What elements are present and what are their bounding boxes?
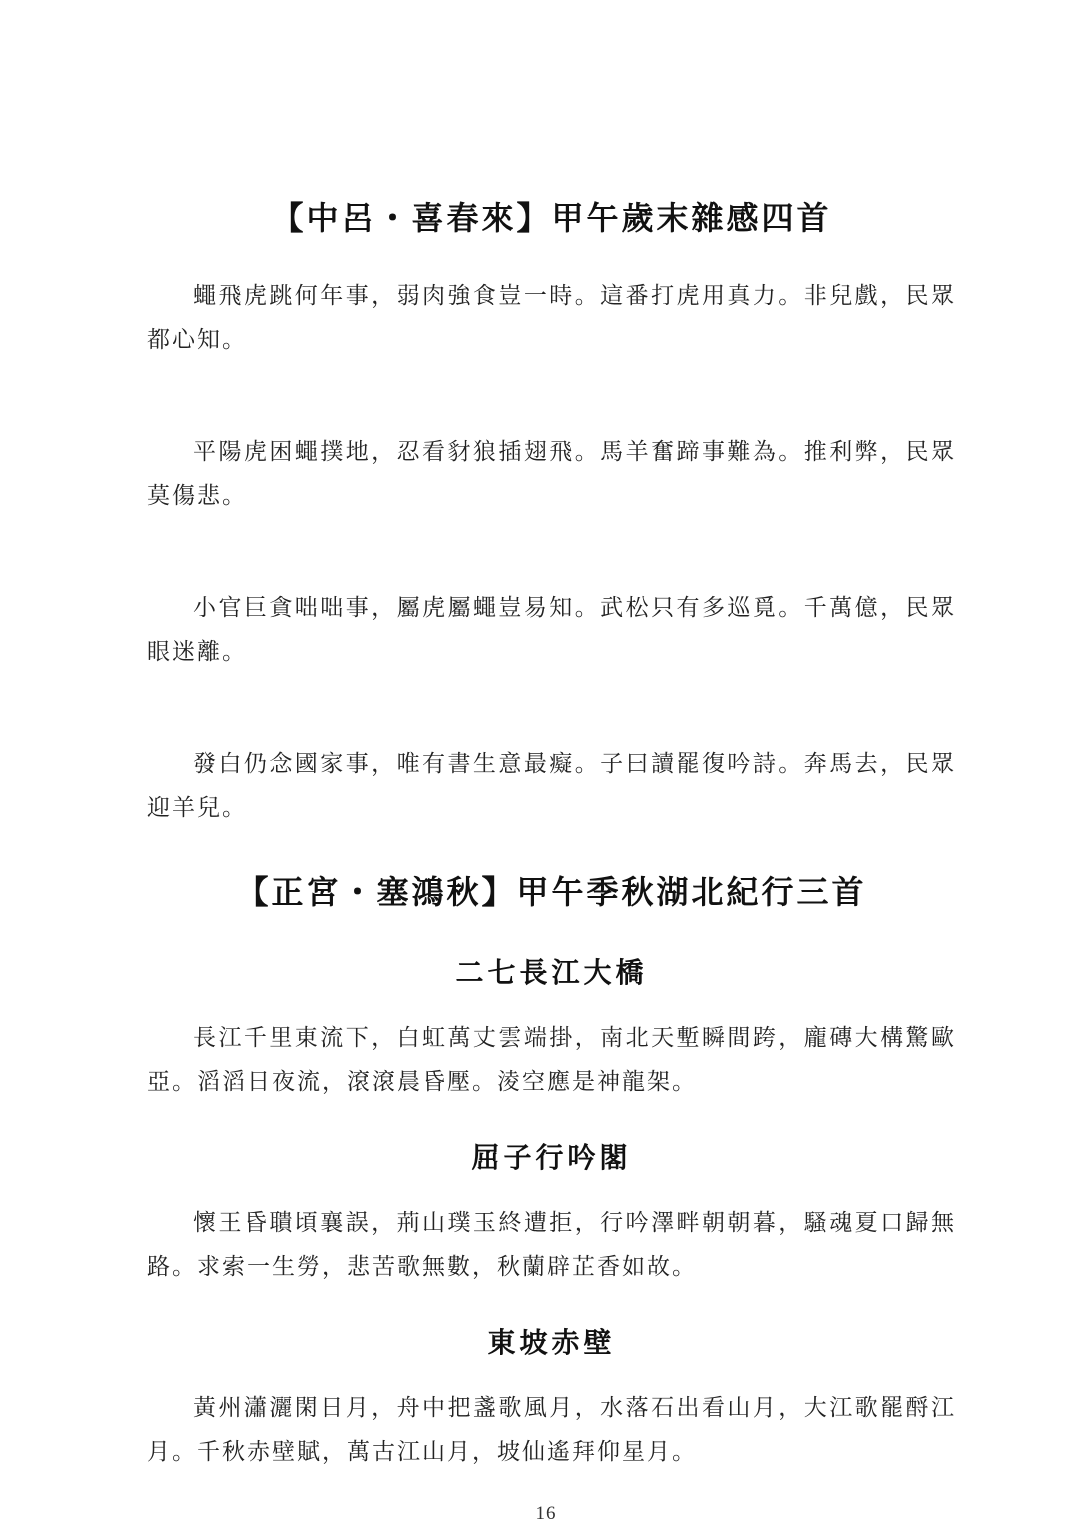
poem-1-subtitle: 二七長江大橋 bbox=[147, 954, 956, 994]
poem-3-text: 黃州瀟灑閑日月，舟中把盞歌風月，水落石出看山月，大江歌罷酹江月。千秋赤壁賦，萬古… bbox=[147, 1386, 956, 1474]
section-1-title: 【中呂・喜春來】甲午歲末雜感四首 bbox=[147, 196, 956, 240]
poem-2: 屈子行吟閣 懷王昏聵頃襄誤，荊山璞玉終遭拒，行吟澤畔朝朝暮，騷魂夏口歸無路。求索… bbox=[147, 1139, 956, 1289]
section-1-stanza-3: 小官巨貪咄咄事，屬虎屬蠅豈易知。武松只有多巡覓。千萬億，民眾眼迷離。 bbox=[147, 586, 956, 674]
poem-1: 二七長江大橋 長江千里東流下，白虹萬丈雲端掛，南北天塹瞬間跨，龐磚大構驚歐亞。滔… bbox=[147, 954, 956, 1104]
section-1-stanza-1: 蠅飛虎跳何年事，弱肉強食豈一時。這番打虎用真力。非兒戲，民眾都心知。 bbox=[147, 274, 956, 362]
section-2-title: 【正宮・塞鴻秋】甲午季秋湖北紀行三首 bbox=[147, 870, 956, 914]
poem-2-subtitle: 屈子行吟閣 bbox=[147, 1139, 956, 1179]
poem-3-subtitle: 東坡赤壁 bbox=[147, 1324, 956, 1364]
poem-1-text: 長江千里東流下，白虹萬丈雲端掛，南北天塹瞬間跨，龐磚大構驚歐亞。滔滔日夜流，滾滾… bbox=[147, 1016, 956, 1104]
section-1-stanza-2: 平陽虎困蠅撲地，忍看豺狼插翅飛。馬羊奮蹄事難為。推利弊，民眾莫傷悲。 bbox=[147, 430, 956, 518]
section-1-stanza-4: 發白仍念國家事，唯有書生意最癡。子曰讀罷復吟詩。奔馬去，民眾迎羊兒。 bbox=[147, 742, 956, 830]
poem-2-text: 懷王昏聵頃襄誤，荊山璞玉終遭拒，行吟澤畔朝朝暮，騷魂夏口歸無路。求索一生勞，悲苦… bbox=[147, 1201, 956, 1289]
page-number: 16 bbox=[136, 1502, 956, 1526]
poem-3: 東坡赤壁 黃州瀟灑閑日月，舟中把盞歌風月，水落石出看山月，大江歌罷酹江月。千秋赤… bbox=[147, 1324, 956, 1474]
document-page: 【中呂・喜春來】甲午歲末雜感四首 蠅飛虎跳何年事，弱肉強食豈一時。這番打虎用真力… bbox=[0, 0, 1080, 1527]
